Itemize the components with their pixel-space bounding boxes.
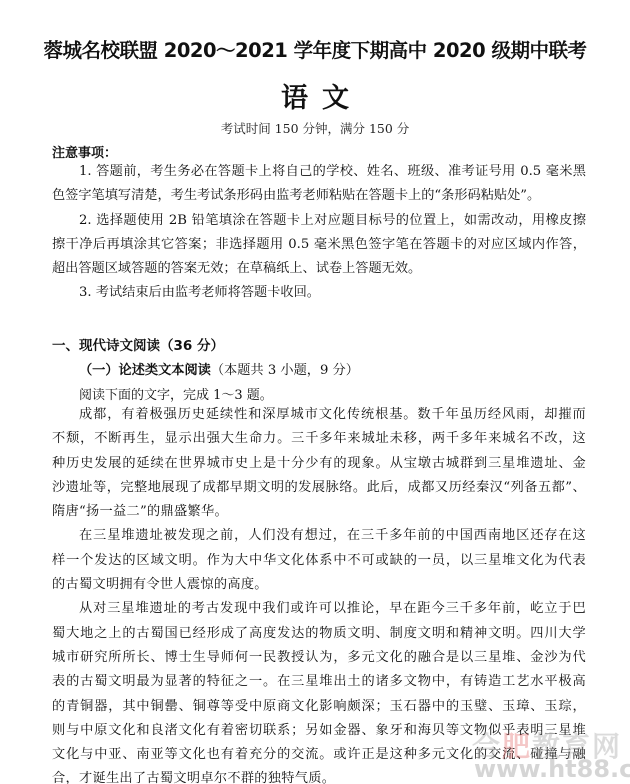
subject-title: 语文 <box>0 76 630 115</box>
notice-line: 2. 选择题使用 2B 铅笔填涂在答题卡上对应题目标号的位置上，如需改动，用橡皮… <box>52 209 586 233</box>
exam-page: 蓉城名校联盟 2020～2021 学年度下期高中 2020 级期中联考 语文 考… <box>0 0 630 784</box>
passage-line: 合，才诞生出了古蜀文明卓尔不群的独特气质。 <box>52 767 586 784</box>
exam-time-info: 考试时间 150 分钟，满分 150 分 <box>0 119 630 137</box>
passage-line: 则与中原文化和良渚文化有着密切联系；另如金器、象牙和海贝等文物似乎表明三星堆 <box>52 719 586 743</box>
passage-line: 样一个发达的区域文明。作为大中华文化体系中不可或缺的一员，以三星堆文化为代表 <box>52 549 586 573</box>
passage-line: 隋唐“扬一益二”的鼎盛繁华。 <box>52 500 586 524</box>
notice-line: 色签字笔填写清楚，考生考试条形码由监考老师粘贴在答题卡上的“条形码粘贴处”。 <box>52 184 586 208</box>
passage-line: 在三星堆遗址被发现之前，人们没有想过，在三千多年前的中国西南地区还存在这 <box>52 524 586 548</box>
passage-line: 表的古蜀文明最为显著的特征之一。在三星堆出土的诸多文物中，有铸造工艺水平极高 <box>52 670 586 694</box>
notice-line: 3. 考试结束后由监考老师将答题卡收回。 <box>52 281 586 305</box>
notice-line: 1. 答题前，考生务必在答题卡上将自己的学校、姓名、班级、准考证号用 0.5 毫… <box>52 160 586 184</box>
notice-line: 擦干净后再填涂其它答案；非选择题用 0.5 毫米黑色签字笔在答题卡的对应区域内作… <box>52 233 586 257</box>
section-heading: 一、现代诗文阅读（36 分） <box>52 334 224 354</box>
passage-line: 的古蜀文明拥有令世人震惊的高度。 <box>52 573 586 597</box>
passage-line: 不颓，不断再生，显示出强大生命力。三千多年来城址未移，两千多年来城名不改，这 <box>52 427 586 451</box>
exam-title: 蓉城名校联盟 2020～2021 学年度下期高中 2020 级期中联考 <box>0 35 630 63</box>
passage-line: 蜀大地之上的古蜀国已经形成了高度发达的物质文明、制度文明和精神文明。四川大学 <box>52 622 586 646</box>
passage-line: 种历史发展的延续在世界城市史上是十分少有的现象。从宝墩古城群到三星堆遗址、金 <box>52 452 586 476</box>
reading-instruction: 阅读下面的文字，完成 1～3 题。 <box>79 384 273 403</box>
passage-line: 从对三星堆遗址的考古发现中我们或许可以推论，早在距今三千多年前，屹立于巴 <box>52 597 586 621</box>
subsection-note: （本题共 3 小题，9 分） <box>211 363 359 378</box>
passage-line: 成都，有着极强历史延续性和深厚城市文化传统根基。数千年虽历经风雨，却摧而 <box>52 403 586 427</box>
reading-passage: 成都，有着极强历史延续性和深厚城市文化传统根基。数千年虽历经风雨，却摧而 不颓，… <box>52 403 586 784</box>
notices-heading: 注意事项： <box>52 142 117 161</box>
notice-line: 超出答题区域答题的答案无效；在草稿纸上、试卷上答题无效。 <box>52 257 586 281</box>
subsection-title: （一）论述类文本阅读 <box>79 363 211 378</box>
subsection-heading: （一）论述类文本阅读（本题共 3 小题，9 分） <box>79 359 359 378</box>
passage-line: 文化与中亚、南亚等文化也有着充分的交流。或许正是这种多元文化的交流、碰撞与融 <box>52 743 586 767</box>
passage-line: 沙遗址等，完整地展现了成都早期文明的发展脉络。此后，成都又历经秦汉“列备五都”、 <box>52 476 586 500</box>
passage-line: 城市研究所所长、博士生导师何一民教授认为，多元文化的融合是以三星堆、金沙为代 <box>52 646 586 670</box>
passage-line: 的青铜器，其中铜罍、铜尊等受中原商文化影响颇深；玉石器中的玉璧、玉璋、玉琮， <box>52 695 586 719</box>
notices-list: 1. 答题前，考生务必在答题卡上将自己的学校、姓名、班级、准考证号用 0.5 毫… <box>52 160 586 306</box>
